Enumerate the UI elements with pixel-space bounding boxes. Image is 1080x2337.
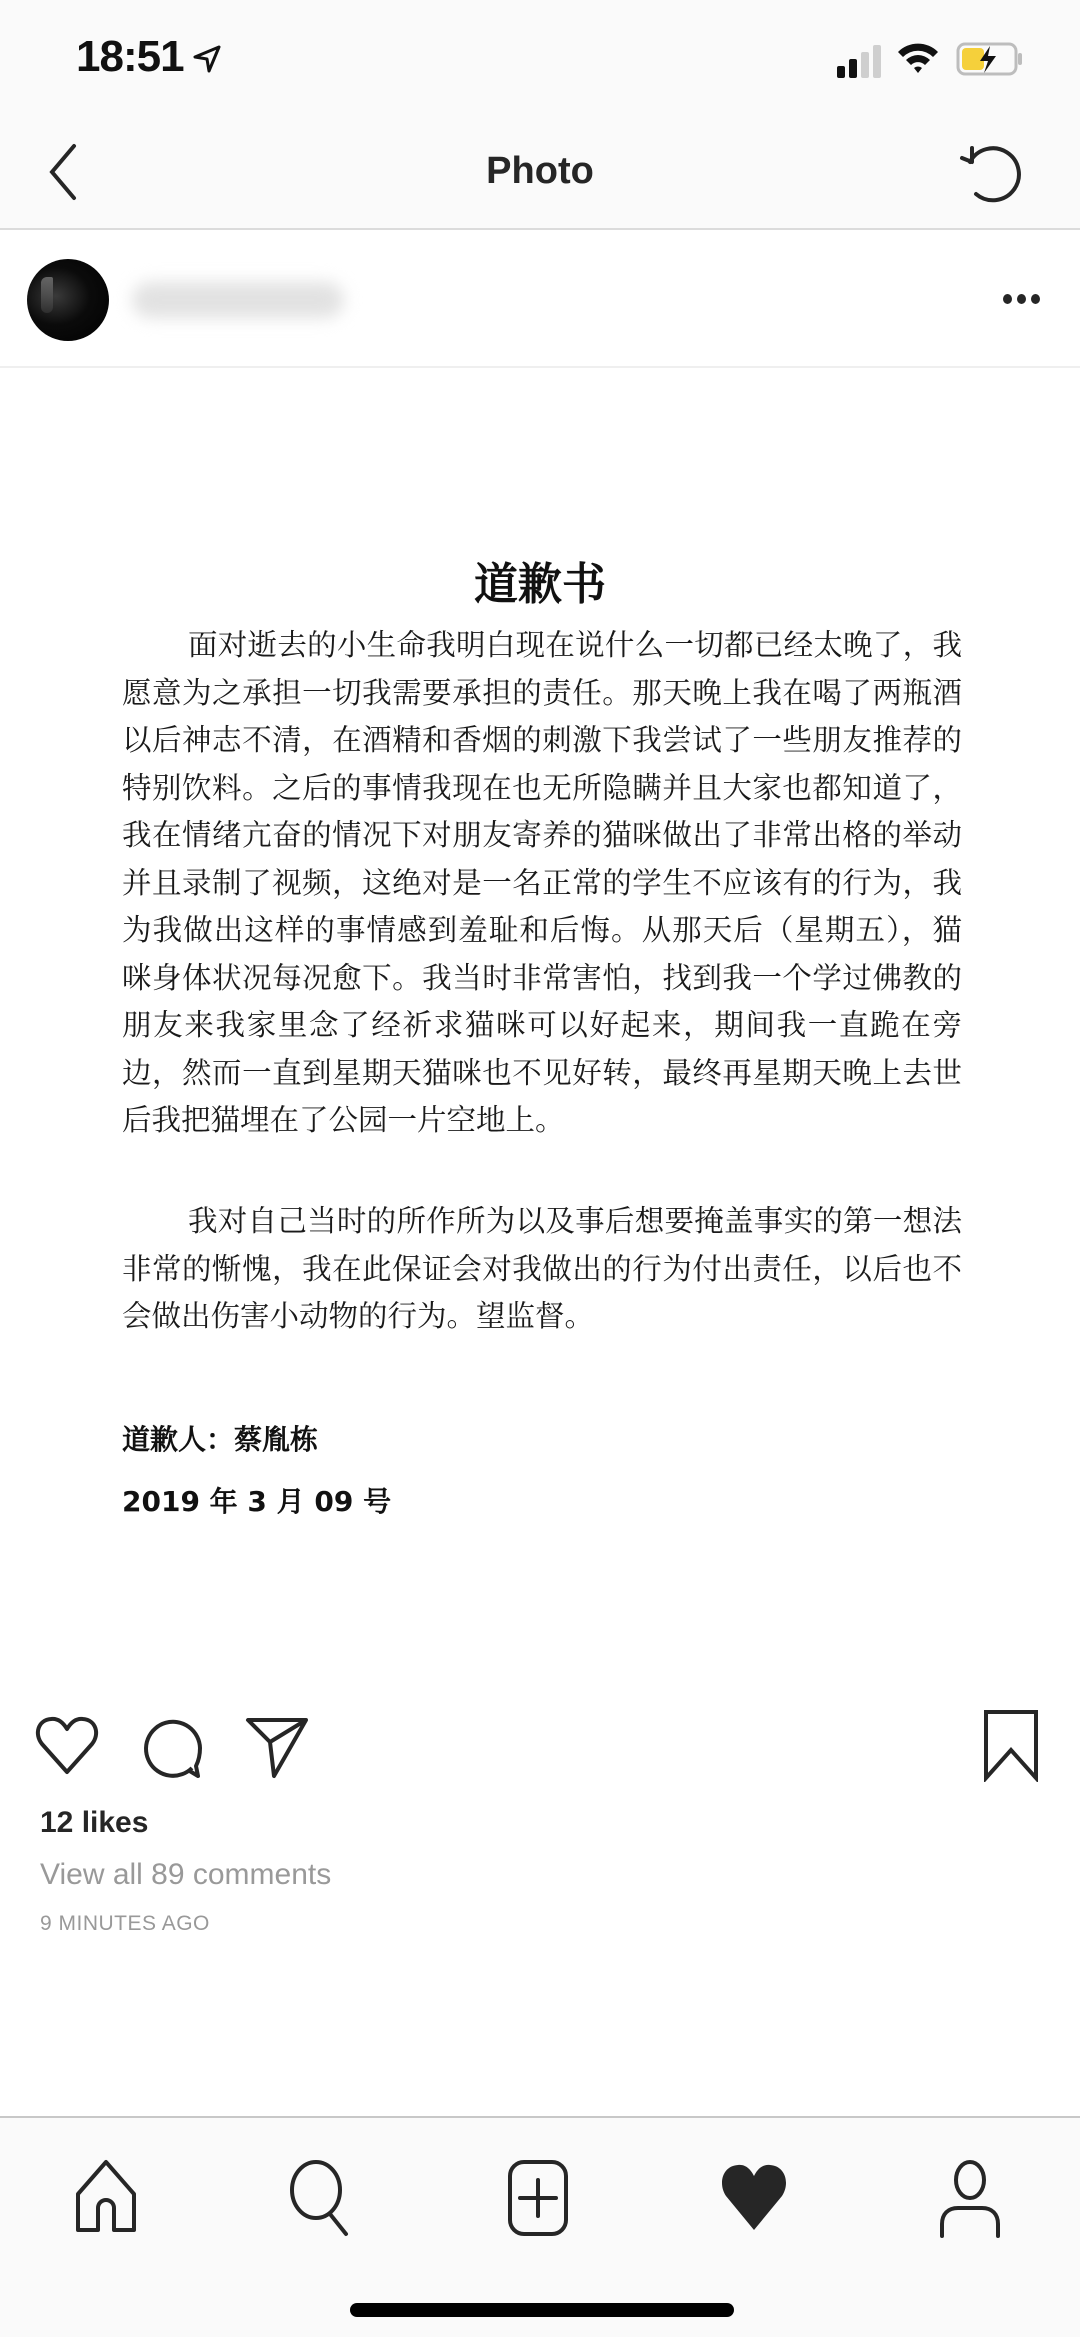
more-horizontal-icon <box>1003 294 1012 304</box>
comment-icon[interactable] <box>140 1714 206 1780</box>
direct-share-icon[interactable] <box>244 1714 310 1780</box>
tab-new-post[interactable] <box>502 2158 574 2238</box>
tab-search[interactable] <box>286 2158 358 2238</box>
document-date: 2019 年 3 月 09 号 <box>122 1480 391 1520</box>
tab-home[interactable] <box>70 2158 142 2238</box>
bookmark-icon[interactable] <box>982 1708 1040 1782</box>
view-all-comments-link[interactable]: View all 89 comments <box>40 1858 331 1892</box>
search-icon <box>286 2158 358 2238</box>
avatar-silhouette <box>41 277 53 313</box>
document-paragraph-1: 面对逝去的小生命我明白现在说什么一切都已经太晚了，我愿意为之承担一切我需要承担的… <box>122 622 962 1145</box>
home-indicator[interactable] <box>350 2303 734 2317</box>
avatar[interactable] <box>27 259 109 341</box>
username-blurred[interactable]: ugMYGG_BXR <box>132 282 344 318</box>
post-photo[interactable]: 道歉书 面对逝去的小生命我明白现在说什么一切都已经太晚了，我愿意为之承担一切我需… <box>0 370 1080 1660</box>
post-actions <box>0 1700 1080 1810</box>
tab-activity[interactable] <box>718 2158 790 2238</box>
heart-outline-icon[interactable] <box>34 1714 100 1780</box>
post-timestamp: 9 MINUTES AGO <box>40 1912 210 1936</box>
status-bar: 18:51 <box>0 0 1080 120</box>
battery-charging-icon <box>956 42 1024 76</box>
dot <box>1017 294 1026 304</box>
likes-count[interactable]: 12 likes <box>40 1806 148 1840</box>
heart-filled-icon <box>718 2158 790 2238</box>
home-icon <box>70 2158 142 2238</box>
person-icon <box>934 2158 1006 2238</box>
post-header: ugMYGG_BXR <box>0 232 1080 368</box>
tab-profile[interactable] <box>934 2158 1006 2238</box>
refresh-icon[interactable] <box>958 140 1024 206</box>
dot <box>1031 294 1040 304</box>
nav-bar: Photo <box>0 120 1080 230</box>
more-options-button[interactable] <box>998 284 1044 314</box>
wifi-icon <box>896 40 940 76</box>
location-arrow-icon <box>192 44 222 74</box>
add-square-icon <box>502 2158 574 2238</box>
document-signer: 道歉人：蔡胤栋 <box>122 1418 318 1458</box>
document-paragraph-2: 我对自己当时的所作所为以及事后想要掩盖事实的第一想法非常的惭愧，我在此保证会对我… <box>122 1198 962 1341</box>
cellular-signal-icon <box>836 44 884 78</box>
page-title: Photo <box>0 150 1080 193</box>
status-time: 18:51 <box>76 32 184 82</box>
document-title: 道歉书 <box>0 548 1080 612</box>
